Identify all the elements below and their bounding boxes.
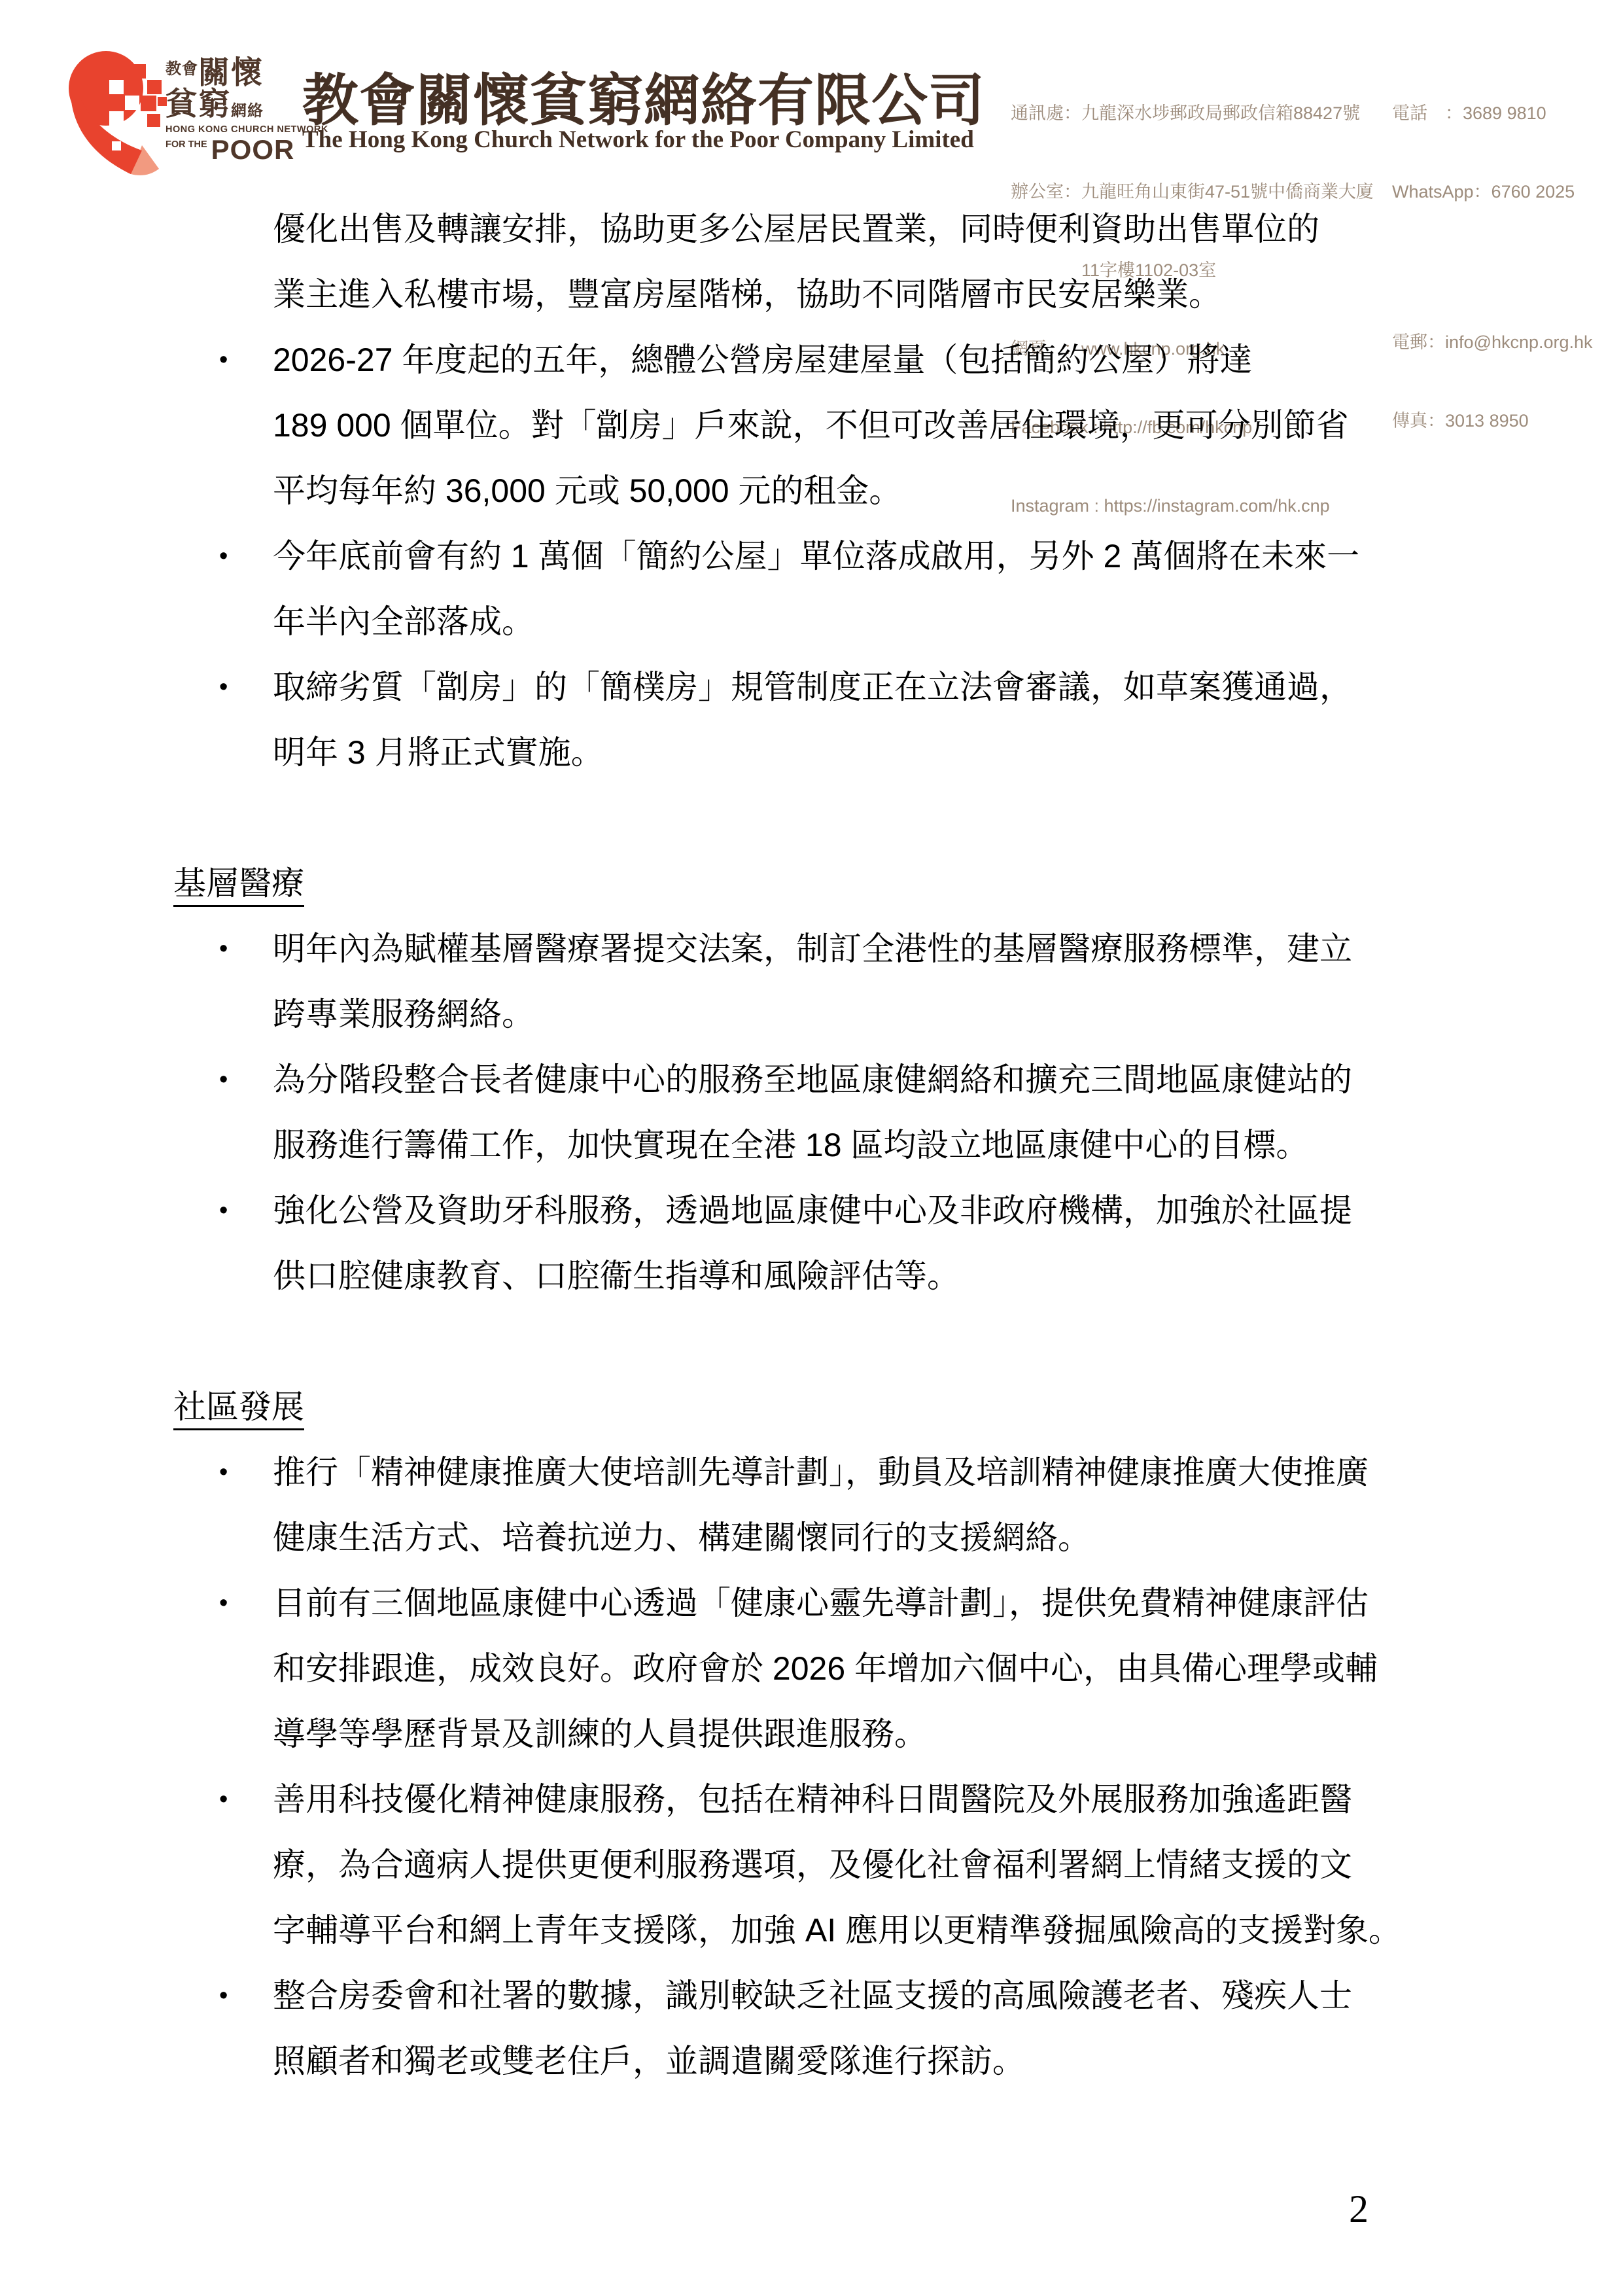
contact-whatsapp: WhatsApp：6760 2025 (1392, 179, 1593, 205)
org-name-english: The Hong Kong Church Network for the Poo… (302, 126, 974, 154)
org-name-chinese: 教會關懷貧窮網絡有限公司 (302, 55, 985, 136)
bullet-icon: • (219, 327, 228, 393)
bullet-line: •目前有三個地區康健中心透過「健康心靈先導計劃」，提供免費精神健康評估 (173, 1570, 1416, 1636)
text-line: 字輔導平台和網上青年支援隊，加強 AI 應用以更精準發掘風險高的支援對象。 (173, 1898, 1416, 1963)
text-line: 和安排跟進，成效良好。政府會於 2026 年增加六個中心，由具備心理學或輔 (173, 1636, 1416, 1701)
bullet-line: •強化公營及資助牙科服務，透過地區康健中心及非政府機構，加強於社區提 (173, 1178, 1416, 1243)
blank-line (173, 785, 1416, 851)
bullet-line: •為分階段整合長者健康中心的服務至地區康健網絡和擴充三間地區康健站的 (173, 1047, 1416, 1112)
logo-zh-small-1: 教會 (166, 62, 198, 77)
text-line: 今年底前會有約 1 萬個「簡約公屋」單位落成啟用，另外 2 萬個將在未來一 (273, 538, 1359, 574)
blank-line (173, 1309, 1416, 1374)
text-line: 跨專業服務網絡。 (173, 981, 1416, 1047)
document-page: 教會 關懷 貧窮 網絡 HONG KONG CHURCH NETWORK FOR… (0, 0, 1623, 2296)
text-line: 取締劣質「劏房」的「簡樸房」規管制度正在立法會審議，如草案獲通過， (273, 669, 1352, 705)
logo-zh-large-2: 貧窮 (166, 89, 231, 120)
bullet-line: •2026-27 年度起的五年，總體公營房屋建屋量（包括簡約公屋）將達 (173, 327, 1416, 393)
text-line: 目前有三個地區康健中心透過「健康心靈先導計劃」，提供免費精神健康評估 (273, 1585, 1369, 1621)
heart-logo-icon (69, 46, 167, 193)
text-line: 服務進行籌備工作，加快實現在全港 18 區均設立地區康健中心的目標。 (173, 1112, 1416, 1178)
bullet-icon: • (219, 1963, 228, 2028)
bullet-line: •今年底前會有約 1 萬個「簡約公屋」單位落成啟用，另外 2 萬個將在未來一 (173, 523, 1416, 589)
contact-email: 電郵：info@hkcnp.org.hk (1392, 329, 1593, 355)
bullet-line: •明年內為賦權基層醫療署提交法案，制訂全港性的基層醫療服務標準，建立 (173, 916, 1416, 981)
bullet-icon: • (219, 1439, 228, 1505)
bullet-line: •整合房委會和社署的數據，識別較缺乏社區支援的高風險護老者、殘疾人士 (173, 1963, 1416, 2028)
bullet-line: •善用科技優化精神健康服務，包括在精神科日間醫院及外展服務加強遙距醫 (173, 1767, 1416, 1832)
bullet-icon: • (219, 916, 228, 981)
text-line: 189 000 個單位。對「劏房」戶來說，不但可改善居住環境，更可分別節省 (173, 393, 1416, 458)
org-logo: 教會 關懷 貧窮 網絡 HONG KONG CHURCH NETWORK FOR… (69, 46, 291, 193)
bullet-icon: • (219, 1570, 228, 1636)
logo-zh-small-2: 網絡 (231, 103, 264, 119)
text-line: 導學等學歷背景及訓練的人員提供跟進服務。 (173, 1701, 1416, 1767)
text-line: 照顧者和獨老或雙老住戶，並調遣關愛隊進行探訪。 (173, 2028, 1416, 2094)
section-heading-primary-healthcare: 基層醫療 (173, 851, 1416, 916)
section-heading-community-development: 社區發展 (173, 1374, 1416, 1439)
text-line: 健康生活方式、培養抗逆力、構建關懷同行的支援網絡。 (173, 1505, 1416, 1570)
text-line: 推行「精神健康推廣大使培訓先導計劃」，動員及培訓精神健康推廣大使推廣 (273, 1454, 1369, 1491)
bullet-icon: • (219, 1178, 228, 1243)
text-line: 2026-27 年度起的五年，總體公營房屋建屋量（包括簡約公屋）將達 (273, 342, 1252, 378)
text-line: 供口腔健康教育、口腔衞生指導和風險評估等。 (173, 1243, 1416, 1309)
logo-zh-large-1: 關懷 (198, 58, 264, 89)
contact-gap (1392, 257, 1593, 277)
bullet-line: •取締劣質「劏房」的「簡樸房」規管制度正在立法會審議，如草案獲通過， (173, 654, 1416, 720)
bullet-icon: • (219, 654, 228, 720)
text-line: 優化出售及轉讓安排，協助更多公屋居民置業，同時便利資助出售單位的 (173, 196, 1416, 262)
text-line: 業主進入私樓市場，豐富房屋階梯，協助不同階層市民安居樂業。 (173, 262, 1416, 327)
bullet-icon: • (219, 523, 228, 589)
text-line: 強化公營及資助牙科服務，透過地區康健中心及非政府機構，加強於社區提 (273, 1192, 1352, 1229)
bullet-icon: • (219, 1767, 228, 1832)
text-line: 明年 3 月將正式實施。 (173, 720, 1416, 785)
document-body: 優化出售及轉讓安排，協助更多公屋居民置業，同時便利資助出售單位的 業主進入私樓市… (173, 196, 1416, 2094)
text-line: 整合房委會和社署的數據，識別較缺乏社區支援的高風險護老者、殘疾人士 (273, 1977, 1352, 2014)
contact-mailing-address: 通訊處：九龍深水埗郵政局郵政信箱88427號 (1011, 100, 1374, 126)
logo-en-line2-large: POOR (211, 136, 295, 164)
text-line: 善用科技優化精神健康服務，包括在精神科日間醫院及外展服務加強遙距醫 (273, 1781, 1352, 1818)
page-number: 2 (1349, 2187, 1369, 2232)
bullet-line: •推行「精神健康推廣大使培訓先導計劃」，動員及培訓精神健康推廣大使推廣 (173, 1439, 1416, 1505)
text-line: 平均每年約 36,000 元或 50,000 元的租金。 (173, 458, 1416, 523)
logo-en-line2-small: FOR THE (166, 140, 207, 150)
logo-en-line1: HONG KONG CHURCH NETWORK (166, 125, 296, 135)
contact-fax: 傳真：3013 8950 (1392, 408, 1593, 434)
text-line: 為分階段整合長者健康中心的服務至地區康健網絡和擴充三間地區康健站的 (273, 1061, 1352, 1098)
logo-wordmark: 教會 關懷 貧窮 網絡 HONG KONG CHURCH NETWORK FOR… (166, 58, 296, 164)
contact-phone: 電話 ：3689 9810 (1392, 100, 1593, 126)
contact-block-right: 電話 ：3689 9810 WhatsApp：6760 2025 電郵：info… (1392, 48, 1593, 486)
bullet-icon: • (219, 1047, 228, 1112)
text-line: 明年內為賦權基層醫療署提交法案，制訂全港性的基層醫療服務標準，建立 (273, 930, 1352, 967)
text-line: 年半內全部落成。 (173, 589, 1416, 654)
text-line: 療，為合適病人提供更便利服務選項，及優化社會福利署網上情緒支援的文 (173, 1832, 1416, 1898)
